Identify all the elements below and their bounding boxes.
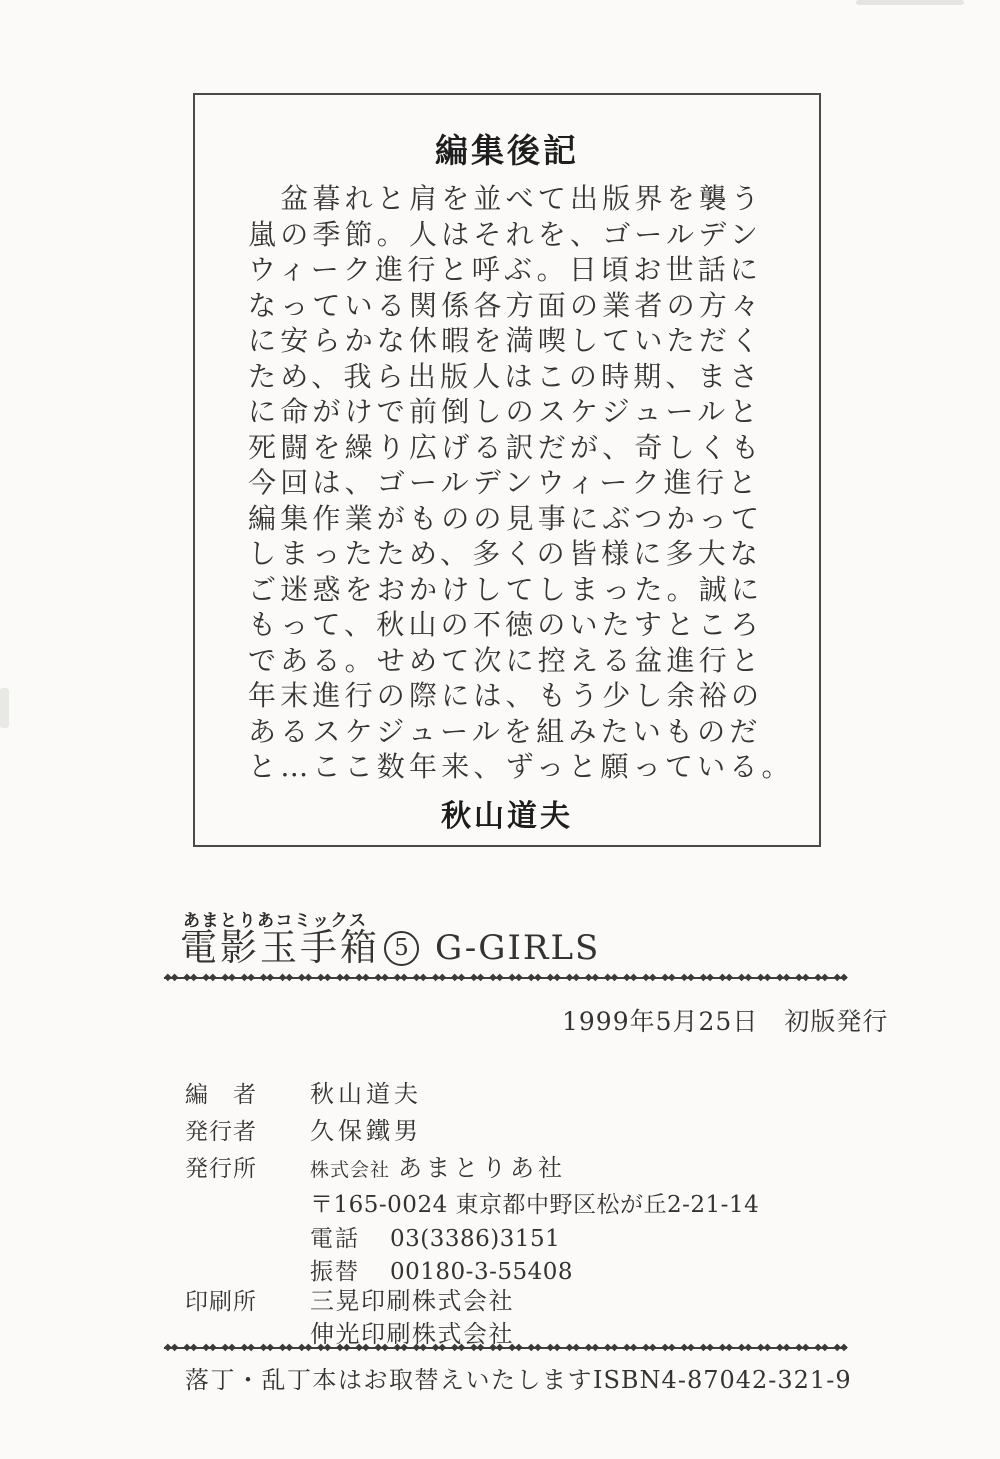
diamond-glyph-pair: ◆◆ [508, 973, 521, 983]
diamond-glyph-pair: ◆◆ [298, 973, 311, 983]
afterword-line: に安らかな休暇を満喫していただく [248, 323, 769, 359]
diamond-glyph-pair: ◆◆ [700, 1343, 713, 1353]
diamond-glyph-pair: ◆◆ [700, 973, 713, 983]
diamond-glyph-pair: ◆◆ [451, 1343, 464, 1353]
diamond-glyph-pair: ◆◆ [623, 973, 636, 983]
diamond-glyph-pair: ◆◆ [738, 1343, 751, 1353]
diamond-glyph-pair: ◆◆ [757, 1343, 770, 1353]
printer-company-1: 三晃印刷株式会社 [310, 1281, 514, 1316]
isbn: ISBN4-87042-321-9 [593, 1366, 852, 1394]
edition-date: 1999年5月25日 初版発行 [562, 1002, 888, 1038]
company-name: あまとりあ社 [398, 1154, 566, 1182]
diamond-glyph-pair: ◆◆ [719, 1343, 732, 1353]
volume-number-circle: 5 [384, 931, 419, 966]
book-subtitle: G-GIRLS [435, 928, 600, 968]
diamond-glyph-pair: ◆◆ [508, 1343, 521, 1353]
diamond-glyph-pair: ◆◆ [374, 973, 387, 983]
diamond-glyph-pair: ◆◆ [336, 1343, 349, 1353]
diamond-separator-bottom: ◆◆◆◆◆◆◆◆◆◆◆◆◆◆◆◆◆◆◆◆◆◆◆◆◆◆◆◆◆◆◆◆◆◆◆◆◆◆◆◆… [164, 1340, 847, 1356]
diamond-glyph-pair: ◆◆ [680, 973, 693, 983]
diamond-glyph-pair: ◆◆ [336, 973, 349, 983]
diamond-glyph-pair: ◆◆ [757, 973, 770, 983]
publisher-company-label: 発行所 [185, 1150, 257, 1183]
publisher-phone: 電話03(3386)3151 [310, 1220, 560, 1253]
diamond-glyph-pair: ◆◆ [795, 1343, 808, 1353]
diamond-glyph-pair: ◆◆ [814, 1343, 827, 1353]
afterword-line: と…ここ数年来、ずっと願っている。 [248, 749, 769, 785]
book-title-main: 電影玉手箱 [180, 926, 380, 970]
printer-label: 印刷所 [185, 1283, 257, 1316]
diamond-glyph-pair: ◆◆ [432, 973, 445, 983]
diamond-glyph-pair: ◆◆ [814, 973, 827, 983]
diamond-glyph-pair: ◆◆ [164, 973, 177, 983]
diamond-glyph-pair: ◆◆ [604, 1343, 617, 1353]
afterword-line: に命がけで前倒しのスケジュールと [248, 394, 769, 430]
diamond-glyph-pair: ◆◆ [527, 1343, 540, 1353]
afterword-line: 今回は、ゴールデンウィーク進行と [248, 465, 769, 501]
diamond-glyph-pair: ◆◆ [566, 1343, 579, 1353]
diamond-glyph-pair: ◆◆ [719, 973, 732, 983]
afterword-line: 嵐の季節。人はそれを、ゴールデン [248, 217, 769, 253]
diamond-glyph-pair: ◆◆ [680, 1343, 693, 1353]
afterword-body: 盆暮れと肩を並べて出版界を襲う嵐の季節。人はそれを、ゴールデンウィーク進行と呼ぶ… [195, 181, 819, 785]
diamond-glyph-pair: ◆◆ [183, 1343, 196, 1353]
diamond-glyph-pair: ◆◆ [776, 1343, 789, 1353]
editor-label: 編 者 [185, 1076, 257, 1109]
diamond-glyph-pair: ◆◆ [566, 973, 579, 983]
diamond-glyph-pair: ◆◆ [355, 973, 368, 983]
scan-smudge-top [856, 0, 964, 5]
afterword-line: 死闘を繰り広げる訳だが、奇しくも [248, 430, 769, 466]
phone-label: 電話 [310, 1220, 390, 1253]
diamond-glyph-pair: ◆◆ [470, 1343, 483, 1353]
diamond-glyph-pair: ◆◆ [642, 973, 655, 983]
diamond-glyph-pair: ◆◆ [298, 1343, 311, 1353]
phone-value: 03(3386)3151 [390, 1226, 560, 1252]
afterword-box: 編集後記 盆暮れと肩を並べて出版界を襲う嵐の季節。人はそれを、ゴールデンウィーク… [193, 93, 821, 847]
diamond-glyph-pair: ◆◆ [260, 1343, 273, 1353]
scanned-page: 編集後記 盆暮れと肩を並べて出版界を襲う嵐の季節。人はそれを、ゴールデンウィーク… [0, 0, 1000, 1459]
afterword-line: 年末進行の際には、もう少し余裕の [248, 678, 769, 714]
afterword-signature: 秋山道夫 [195, 791, 819, 835]
diamond-separator-top: ◆◆◆◆◆◆◆◆◆◆◆◆◆◆◆◆◆◆◆◆◆◆◆◆◆◆◆◆◆◆◆◆◆◆◆◆◆◆◆◆… [164, 970, 847, 986]
diamond-glyph-pair: ◆◆ [661, 1343, 674, 1353]
diamond-glyph-pair: ◆◆ [394, 1343, 407, 1353]
diamond-glyph-pair: ◆◆ [489, 1343, 502, 1353]
diamond-glyph-pair: ◆◆ [317, 973, 330, 983]
diamond-glyph-pair: ◆◆ [279, 973, 292, 983]
diamond-glyph-pair: ◆◆ [279, 1343, 292, 1353]
afterword-line: あるスケジュールを組みたいものだ [248, 714, 769, 750]
diamond-glyph-pair: ◆◆ [260, 973, 273, 983]
diamond-glyph-pair: ◆◆ [489, 973, 502, 983]
book-title: 電影玉手箱 5 G-GIRLS [180, 926, 600, 970]
diamond-glyph-pair: ◆◆ [623, 1343, 636, 1353]
diamond-glyph-pair: ◆◆ [604, 973, 617, 983]
diamond-glyph-pair: ◆◆ [585, 1343, 598, 1353]
diamond-glyph-pair: ◆◆ [451, 973, 464, 983]
diamond-glyph-pair: ◆◆ [374, 1343, 387, 1353]
diamond-glyph-pair: ◆◆ [183, 973, 196, 983]
diamond-glyph-pair: ◆◆ [547, 1343, 560, 1353]
afterword-line: ため、我ら出版人はこの時期、まさ [248, 359, 769, 395]
diamond-glyph-pair: ◆◆ [221, 973, 234, 983]
diamond-glyph-pair: ◆◆ [833, 973, 846, 983]
diamond-glyph-pair: ◆◆ [585, 973, 598, 983]
diamond-glyph-pair: ◆◆ [776, 973, 789, 983]
diamond-glyph-pair: ◆◆ [738, 973, 751, 983]
afterword-line: しまったため、多くの皆様に多大な [248, 536, 769, 572]
diamond-glyph-pair: ◆◆ [413, 1343, 426, 1353]
diamond-glyph-pair: ◆◆ [432, 1343, 445, 1353]
publisher-person-label: 発行者 [185, 1113, 257, 1146]
afterword-line: 編集作業がものの見事にぶつかって [248, 501, 769, 537]
afterword-line: 盆暮れと肩を並べて出版界を襲う [248, 181, 769, 217]
diamond-glyph-pair: ◆◆ [661, 973, 674, 983]
bottom-row: 落丁・乱丁本はお取替えいたします ISBN4-87042-321-9 [185, 1360, 847, 1395]
editor-value: 秋山道夫 [310, 1074, 422, 1109]
diamond-glyph-pair: ◆◆ [833, 1343, 846, 1353]
diamond-glyph-pair: ◆◆ [202, 973, 215, 983]
company-prefix: 株式会社 [310, 1159, 390, 1181]
diamond-glyph-pair: ◆◆ [795, 973, 808, 983]
diamond-glyph-pair: ◆◆ [547, 973, 560, 983]
replacement-notice: 落丁・乱丁本はお取替えいたします [185, 1360, 593, 1395]
diamond-glyph-pair: ◆◆ [164, 1343, 177, 1353]
publisher-person-value: 久保鐵男 [310, 1111, 422, 1146]
afterword-title: 編集後記 [195, 131, 819, 171]
diamond-glyph-pair: ◆◆ [317, 1343, 330, 1353]
diamond-glyph-pair: ◆◆ [394, 973, 407, 983]
diamond-glyph-pair: ◆◆ [355, 1343, 368, 1353]
diamond-glyph-pair: ◆◆ [527, 973, 540, 983]
diamond-glyph-pair: ◆◆ [221, 1343, 234, 1353]
afterword-line: である。せめて次に控える盆進行と [248, 643, 769, 679]
diamond-glyph-pair: ◆◆ [413, 973, 426, 983]
diamond-glyph-pair: ◆◆ [241, 973, 254, 983]
afterword-line: なっている関係各方面の業者の方々 [248, 288, 769, 324]
afterword-line: もって、秋山の不徳のいたすところ [248, 607, 769, 643]
afterword-line: ご迷惑をおかけしてしまった。誠に [248, 572, 769, 608]
diamond-glyph-pair: ◆◆ [470, 973, 483, 983]
publisher-address: 〒165-0024 東京都中野区松が丘2-21-14 [310, 1186, 759, 1219]
afterword-line: ウィーク進行と呼ぶ。日頃お世話に [248, 252, 769, 288]
publisher-company-value: 株式会社あまとりあ社 [310, 1148, 566, 1183]
diamond-glyph-pair: ◆◆ [241, 1343, 254, 1353]
diamond-glyph-pair: ◆◆ [202, 1343, 215, 1353]
scan-smudge-left [0, 688, 9, 728]
diamond-glyph-pair: ◆◆ [642, 1343, 655, 1353]
